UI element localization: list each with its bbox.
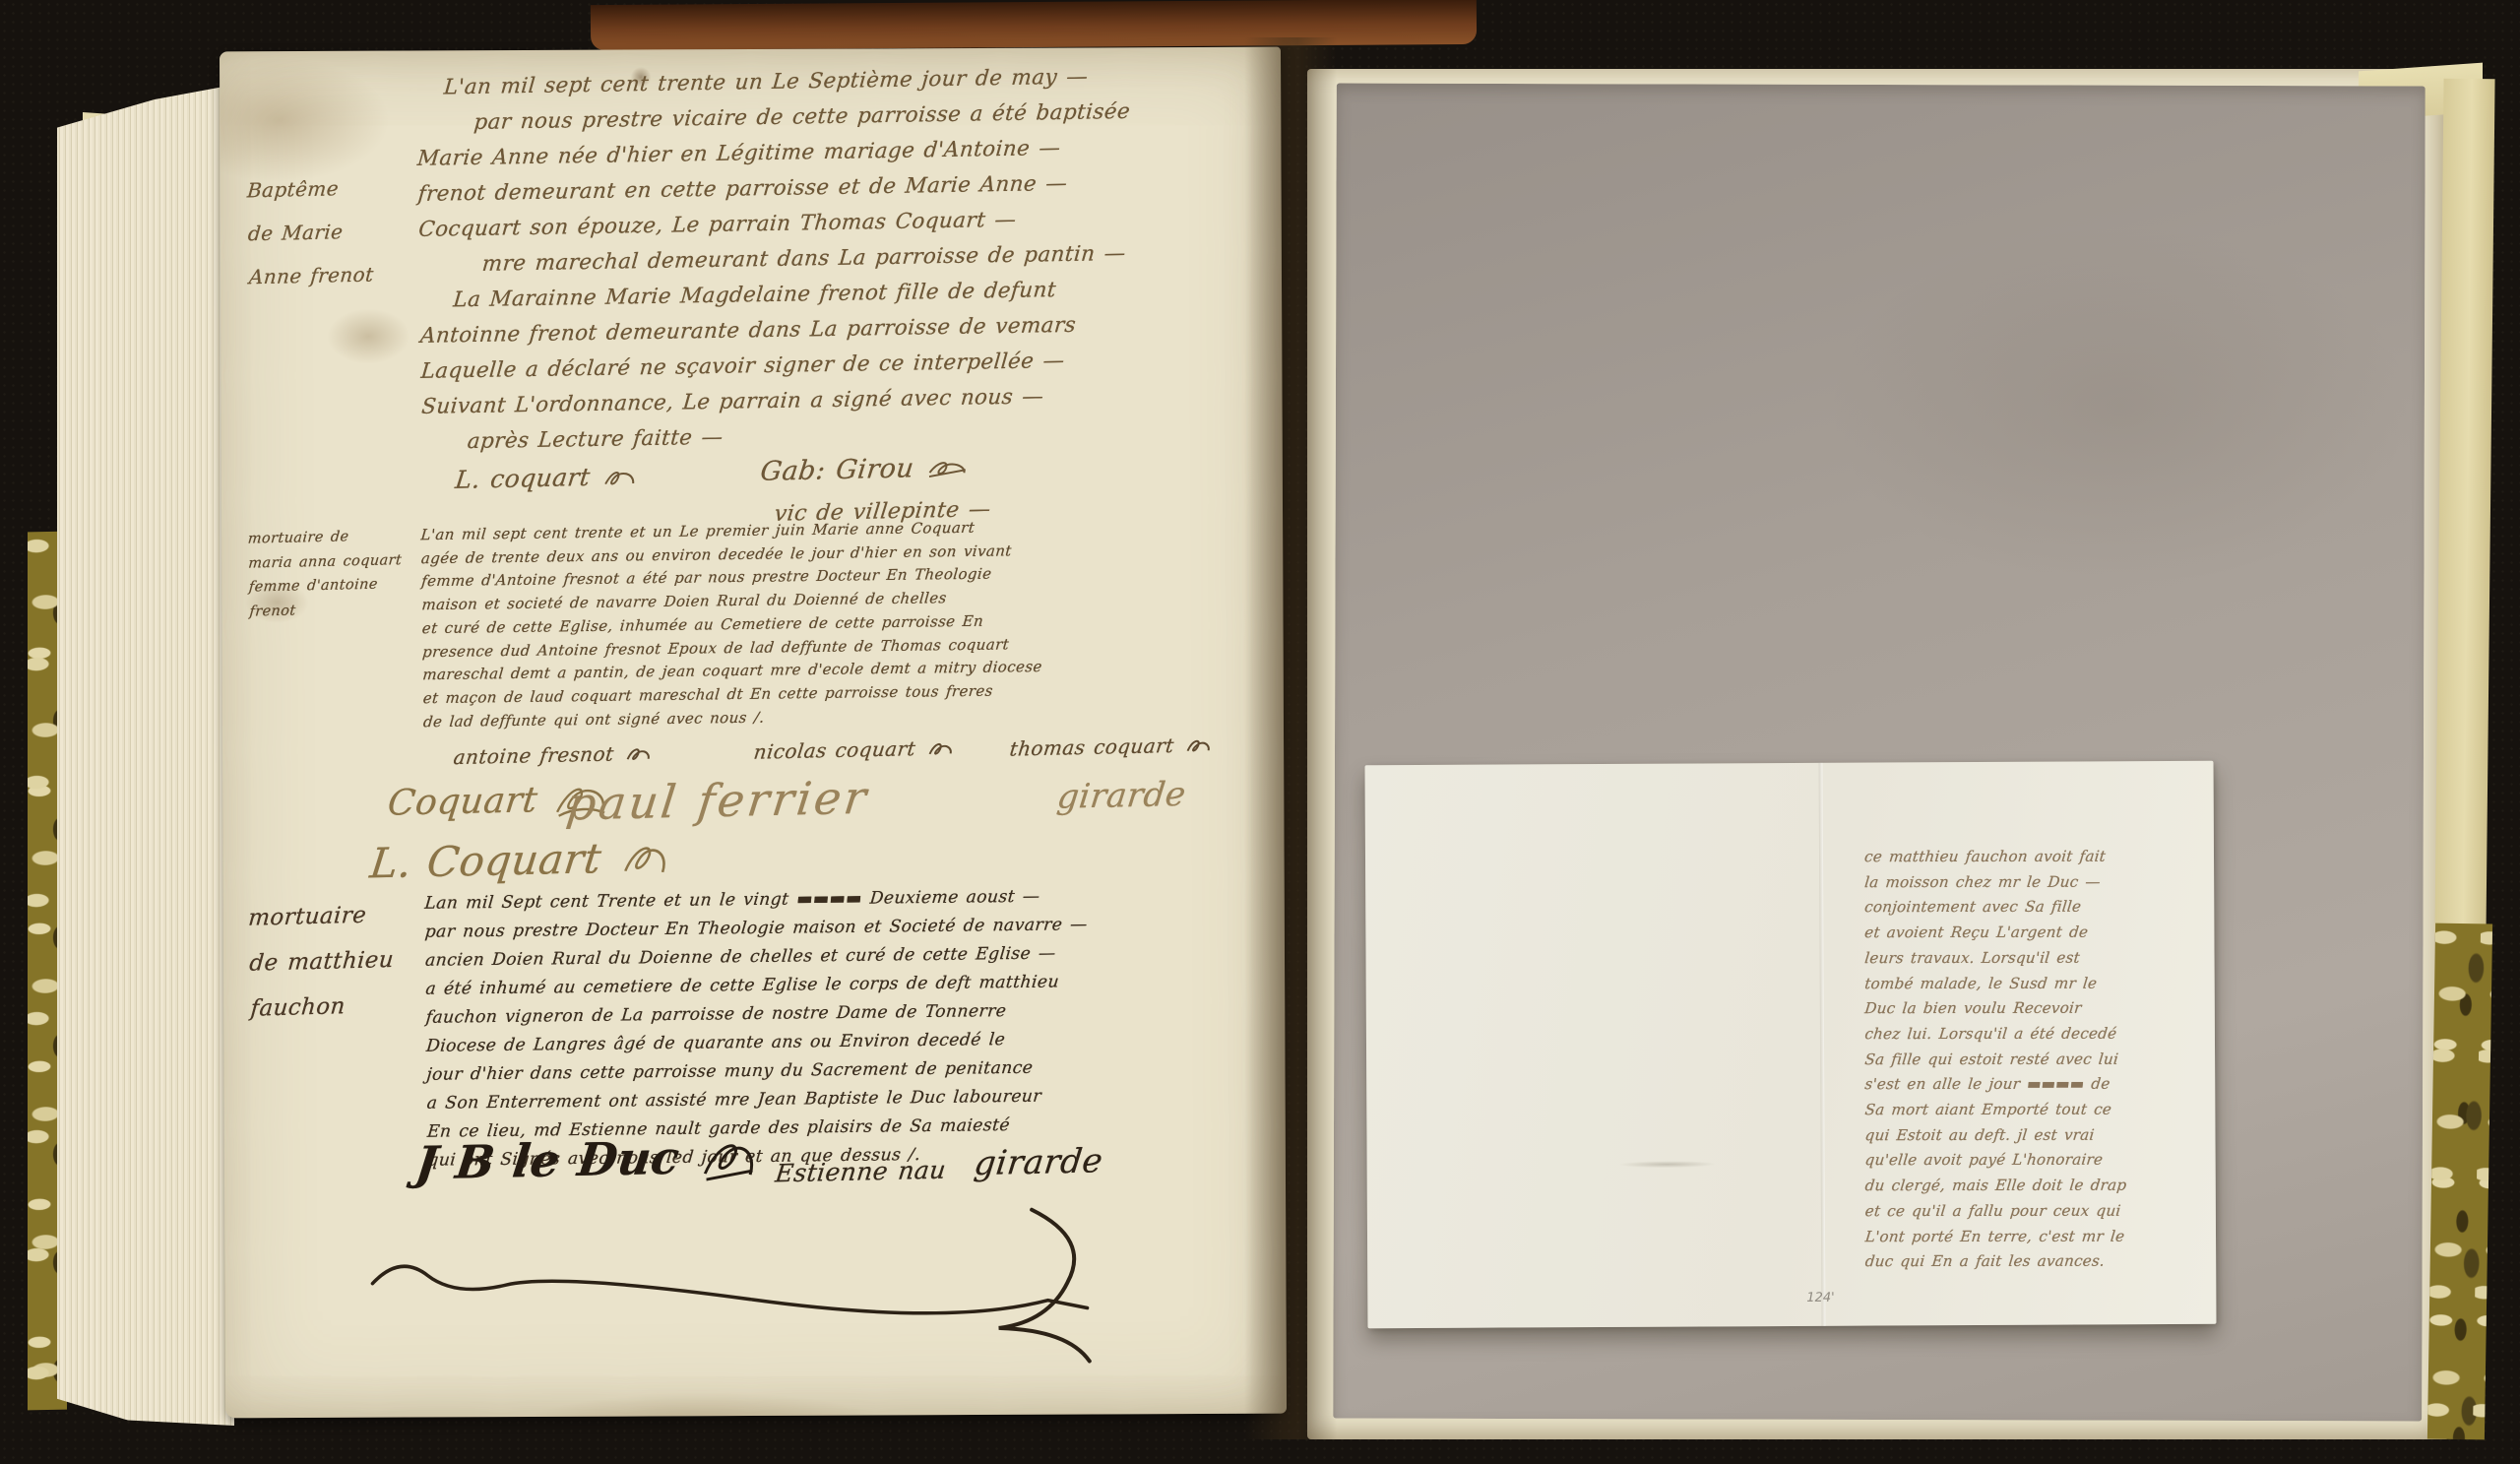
entry1-margin-note: Baptêmede MarieAnne frenot [244,166,371,299]
entry3-margin-note: mortuairede matthieufauchon [245,892,393,1032]
signature-gab-girou: Gab: Girou [759,452,971,487]
paraph-flourish-icon [625,744,653,765]
signature-text: Gab: Girou [759,453,915,486]
signature-text: L. Coquart [367,834,603,887]
signature-text: L. coquart [454,463,592,494]
signature-text: thomas coquart [1008,733,1175,761]
inserted-note: ce matthieu fauchon avoit faitla moisson… [1365,761,2217,1329]
signature-antoine-fresnot: antoine fresnot [452,741,653,769]
signature-text: girarde [972,1141,1104,1183]
signature-text: girarde [1055,775,1188,817]
manuscript-page: Baptêmede MarieAnne frenot L'an mil sept… [220,47,1287,1419]
text-line: chez lui. Lorsqu'il a été decedé [1863,1022,2127,1048]
marbled-endpaper-right [2427,923,2492,1440]
folio-number-annotation: 124' [1806,1291,1834,1305]
page-stack-fore-edge [57,85,234,1426]
photo-of-open-register: { "colors": { "ink_light": "#8b7448", "i… [0,0,2520,1464]
signature-estienne-nault: Estienne nau [774,1156,948,1188]
text-line: ce matthieu fauchon avoit fait [1863,845,2127,870]
text-line: et ce qu'il a fallu pour ceux qui [1863,1199,2127,1225]
note-fold-crease [1819,763,1826,1326]
text-line: tombé malade, le Susd mr le [1863,971,2127,996]
text-line: de matthieu [248,937,396,987]
text-line: s'est en alle le jour ▬▬▬▬ de [1863,1072,2127,1098]
paraph-flourish-icon [1185,736,1213,757]
text-line: femme d'antoine [248,572,404,600]
text-line: et avoient Reçu L'argent de [1863,921,2127,946]
signature-l-coquart-large: L. Coquart [367,833,672,889]
text-line: Sa fille qui estoit resté avec lui [1863,1047,2127,1072]
signature-girarde-bottom: girarde [972,1141,1104,1183]
flourish-stroke [343,1188,1328,1379]
text-line: fauchon [249,983,397,1032]
book-spine-top [591,0,1477,50]
text-line: la moisson chez mr le Duc — [1863,869,2127,895]
signature-text: Estienne nau [774,1156,948,1188]
text-line: Baptême [245,166,373,213]
note-text: ce matthieu fauchon avoit faitla moisson… [1863,845,2125,1275]
ink-smudge [1594,1157,1741,1172]
signature-girarde: girarde [1055,775,1188,817]
signature-nicolas-coquart: nicolas coquart [752,735,955,763]
text-line: conjointement avec Sa fille [1863,895,2127,921]
signature-paul-ferrier: paul ferrier [564,771,872,831]
gutter-shadow [1244,37,1337,1439]
paraph-flourish-icon [927,739,955,760]
signature-l-coquart: L. coquart [454,462,640,494]
text-line: du clergé, mais Elle doit le drap [1863,1174,2127,1199]
text-line: mortuaire de [247,524,403,551]
text-line: frenot [248,597,404,624]
text-line: de Marie [246,209,374,255]
signature-thomas-coquart: thomas coquart [1008,732,1214,760]
paraph-flourish-icon [602,467,639,489]
text-line: L'ont porté En terre, c'est mr le [1863,1224,2127,1249]
entry1-baptism-record: L'an mil sept cent trente un Le Septième… [414,59,1134,461]
text-line: duc qui En a fait les avances. [1863,1249,2127,1275]
paraph-flourish-icon [927,458,970,480]
text-line: Duc la bien voulu Recevoir [1863,996,2127,1022]
signature-text: Coquart [386,780,540,823]
text-line: mortuaire [246,892,394,941]
text-line: leurs travaux. Lorsqu'il est [1863,945,2127,971]
entry2-burial-record: L'an mil sept cent trente et un Le premi… [419,516,1041,734]
entry2-margin-note: mortuaire demaria anna coquartfemme d'an… [246,524,402,623]
signature-text: nicolas coquart [752,736,916,764]
text-line: Sa mort aiant Emporté tout ce [1863,1098,2127,1123]
text-line: qui Estoit au deft. jl est vrai [1863,1122,2127,1148]
text-line: Anne frenot [247,252,375,298]
paraph-flourish-icon [698,1135,763,1185]
signature-text: J B le Duc [412,1131,682,1190]
text-line: maria anna coquart [247,548,403,576]
signature-text: paul ferrier [564,771,872,831]
signature-text: antoine fresnot [452,742,615,770]
paraph-flourish-icon [618,839,672,883]
cover-edge-right [2434,79,2494,937]
text-line: qu'elle avoit payé L'honoraire [1863,1148,2127,1174]
signature-jb-leduc: J B le Duc [412,1129,764,1192]
